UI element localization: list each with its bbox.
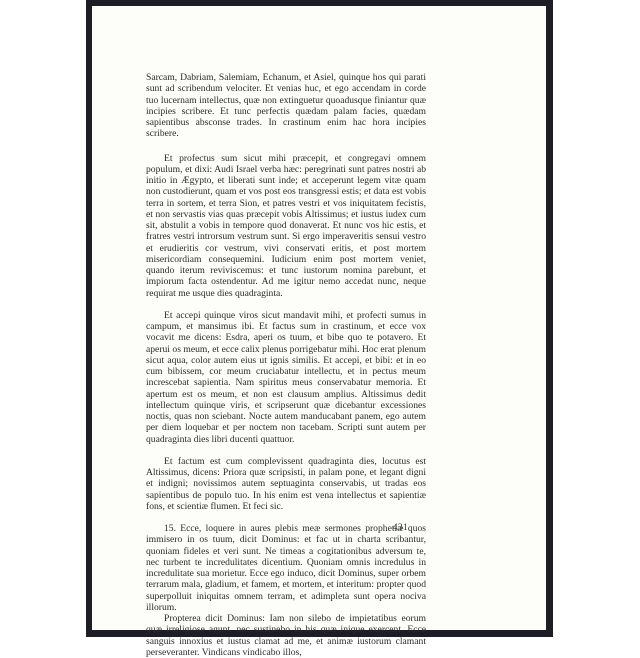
paragraph-4: Et factum est cum complevissent quadragi… (146, 456, 426, 512)
paragraph-2: Et profectus sum sicut mihi præcepit, et… (146, 153, 426, 299)
page-number: 431 (393, 522, 408, 532)
text-column: Sarcam, Dabriam, Salemiam, Echanum, et A… (146, 72, 426, 640)
paragraph-6: Propterea dicit Dominus: Iam non silebo … (146, 613, 426, 640)
paragraph-3: Et accepi quinque viros sicut mandavit m… (146, 310, 426, 445)
paragraph-1: Sarcam, Dabriam, Salemiam, Echanum, et A… (146, 72, 426, 140)
paragraph-5-chapter-15: 15. Ecce, loquere in aures plebis meæ se… (146, 523, 426, 613)
